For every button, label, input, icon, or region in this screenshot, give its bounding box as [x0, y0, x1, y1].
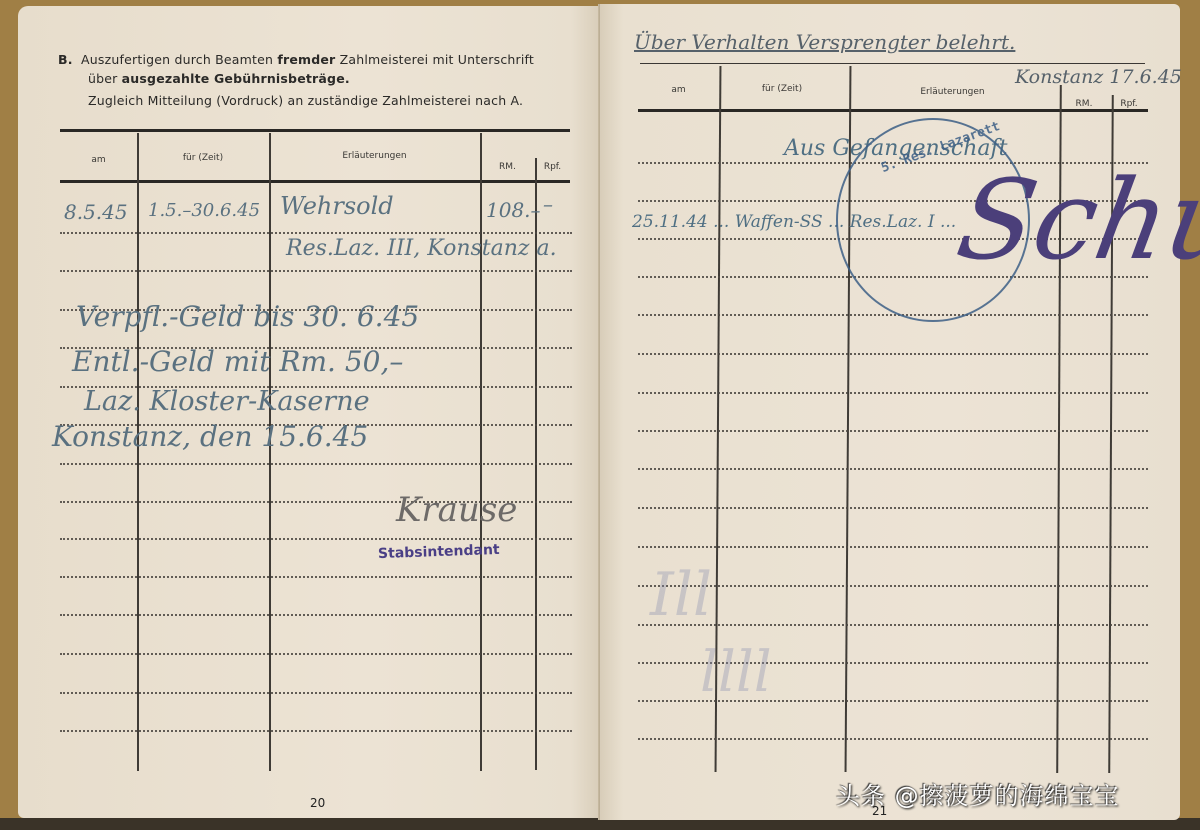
handwritten-line: Laz. Kloster-Kaserne — [84, 386, 370, 417]
row-line — [60, 576, 572, 578]
row-line — [60, 692, 572, 694]
entry-date: 8.5.45 — [64, 200, 128, 224]
table-top-rule — [60, 129, 570, 132]
ink-bleed: llll — [700, 640, 772, 705]
row-line — [638, 507, 1148, 509]
row-line — [60, 270, 572, 272]
row-line — [60, 538, 572, 540]
watermark: 头条 @擦菠萝的海绵宝宝 — [836, 776, 1120, 811]
row-line — [638, 468, 1148, 470]
instruction-text: Zahlmeisterei mit Unterschrift — [335, 52, 534, 67]
instruction-line-2: über ausgezahlte Gebührnisbeträge. — [58, 69, 578, 88]
column-header-period: für (Zeit) — [717, 84, 847, 94]
row-line — [60, 614, 572, 616]
column-header-date: am — [640, 85, 717, 95]
instruction-text: über — [88, 71, 122, 86]
row-line — [638, 392, 1148, 394]
row-line — [60, 232, 572, 234]
row-line — [60, 653, 572, 655]
column-header-rm: RM. — [1058, 99, 1110, 109]
instruction-line-1: B. Auszufertigen durch Beamten fremder Z… — [58, 50, 578, 69]
instruction-emphasis: ausgezahlte Gebührnisbeträge. — [122, 71, 350, 86]
section-letter: B. — [58, 52, 73, 67]
instruction-emphasis: fremder — [277, 52, 335, 67]
table-header-rule — [638, 109, 1148, 112]
row-line — [638, 585, 1148, 587]
handwritten-heading: Über Verhalten Versprengter belehrt. — [634, 30, 1015, 54]
column-header-rpf: Rpf. — [1110, 99, 1148, 109]
column-header-notes: Erläuterungen — [269, 151, 480, 161]
row-line — [638, 314, 1148, 316]
row-line — [638, 546, 1148, 548]
instruction-block: B. Auszufertigen durch Beamten fremder Z… — [58, 50, 578, 110]
column-header-notes: Erläuterungen — [847, 87, 1058, 97]
entry-period: 1.5.–30.6.45 — [148, 200, 260, 221]
row-line — [60, 730, 572, 732]
column-divider — [480, 133, 482, 771]
handwritten-line: Entl.-Geld mit Rm. 50,– — [72, 345, 403, 378]
row-line — [638, 430, 1148, 432]
signature: Schulze — [948, 150, 1200, 290]
column-header-date: am — [60, 155, 137, 165]
entry-note-line-1: Wehrsold — [280, 192, 394, 220]
column-header-rm: RM. — [480, 162, 535, 172]
handwritten-line: Konstanz, den 15.6.45 — [52, 420, 368, 453]
column-header-period: für (Zeit) — [137, 153, 269, 163]
row-line — [638, 353, 1148, 355]
row-line — [60, 463, 572, 465]
row-line — [638, 738, 1148, 740]
column-header-rpf: Rpf. — [535, 162, 570, 172]
page-number: 20 — [310, 796, 325, 810]
entry-amount-rpf: – — [543, 192, 553, 216]
entry-note-line-2: Res.Laz. III, Konstanz a. — [286, 236, 557, 261]
signature: Krause — [396, 490, 517, 530]
instruction-line-3: Zugleich Mitteilung (Vordruck) an zustän… — [58, 91, 578, 110]
ink-bleed: Ill — [650, 560, 712, 630]
place-date: Konstanz 17.6.45 — [1015, 66, 1182, 88]
row-line — [638, 624, 1148, 626]
heading-rule — [640, 63, 1145, 64]
right-page — [600, 4, 1180, 820]
instruction-text: Auszufertigen durch Beamten — [81, 52, 277, 67]
handwritten-line: Verpfl.-Geld bis 30. 6.45 — [76, 300, 419, 333]
entry-amount-rm: 108.– — [486, 198, 541, 222]
